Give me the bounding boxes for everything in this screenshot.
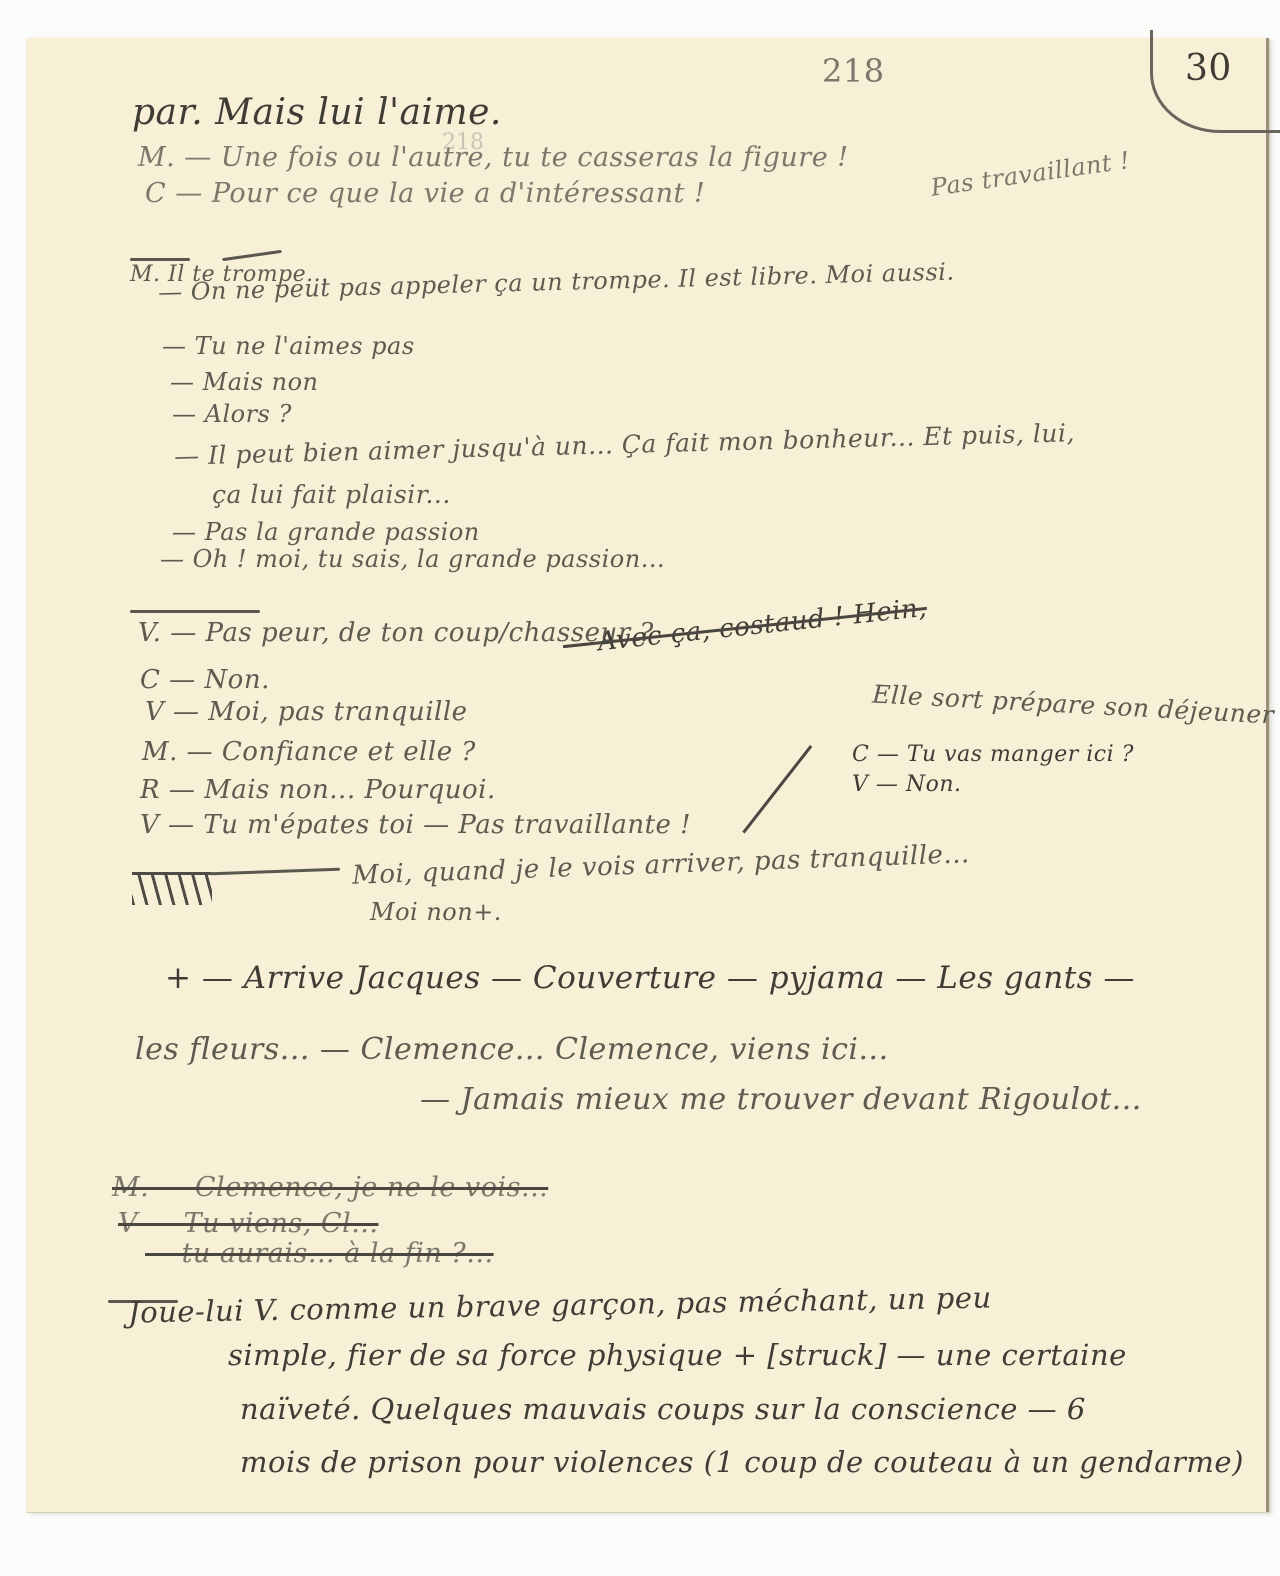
line-9: ça lui fait plaisir... [212, 480, 451, 509]
line-2: C — Pour ce que la vie a d'intéressant ! [145, 178, 705, 209]
line-20: + — Arrive Jacques — Couverture — pyjama… [165, 960, 1135, 996]
line-29: mois de prison pour violences (1 coup de… [240, 1445, 1244, 1479]
archive-number: 218 [822, 52, 885, 90]
line-13: C — Non. [140, 665, 270, 695]
crossed-out-mark [132, 872, 212, 905]
line-17: V — Tu m'épates toi — Pas travaillante ! [140, 810, 691, 840]
line-28: naïveté. Quelques mauvais coups sur la c… [240, 1392, 1086, 1426]
line-27: simple, fier de sa force physique + [str… [228, 1338, 1127, 1372]
line-15: M. — Confiance et elle ? [142, 737, 476, 767]
folio-number: 30 [1185, 48, 1232, 89]
section-rule-2 [130, 610, 260, 613]
line-22: — Jamais mieux me trouver devant Rigoulo… [420, 1082, 1142, 1117]
line-1: M. — Une fois ou l'autre, tu te casseras… [138, 142, 849, 173]
side-note-c: C — Tu vas manger ici ? [852, 742, 1134, 767]
line-7: — Alors ? [172, 400, 292, 428]
line-14: V — Moi, pas tranquille [145, 697, 468, 727]
header-line: par. Mais lui l'aime. [132, 92, 502, 133]
line-25-struck: — tu aurais... à la fin ?... [145, 1238, 494, 1269]
line-19: Moi non+. [370, 898, 502, 926]
section-rule [130, 258, 190, 261]
line-23-struck: M. — Clemence, je ne le vois... [112, 1172, 548, 1203]
line-16: R — Mais non... Pourquoi. [140, 775, 496, 805]
line-11: — Oh ! moi, tu sais, la grande passion..… [160, 545, 665, 573]
line-10: — Pas la grande passion [172, 518, 480, 546]
line-24-struck: V — Tu viens, Cl... [118, 1208, 378, 1239]
side-note-v: V — Non. [852, 772, 962, 797]
line-21: les fleurs... — Clemence... Clemence, vi… [135, 1032, 889, 1067]
line-5: — Tu ne l'aimes pas [162, 332, 415, 360]
line-6: — Mais non [170, 368, 319, 396]
